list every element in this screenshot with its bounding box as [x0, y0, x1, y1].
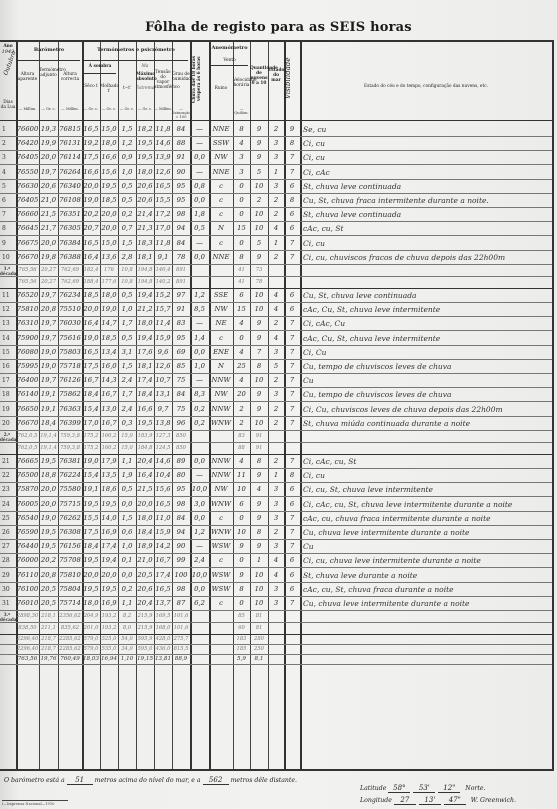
cell-chuva: 0,0 [190, 511, 209, 525]
cell-term: 21,0 [39, 193, 58, 207]
sum-hum: 850 [172, 442, 190, 454]
cell-alt-cor: 76308 [58, 525, 82, 539]
cell-max: 19,5 [136, 416, 154, 430]
sum-alt-cor: 762,69 [58, 264, 82, 276]
cell-molh: 16,9 [100, 525, 118, 539]
cell-mar: 3 [268, 511, 284, 525]
cell-molh: 18,5 [100, 331, 118, 345]
cell-max: 18,4 [136, 525, 154, 539]
unit-quilom: — Quilóm. [233, 107, 250, 115]
cell-molh: 16,0 [100, 359, 118, 373]
footer-text-3: metros dêle distante. [231, 777, 297, 784]
sum-vel: 41 [233, 264, 250, 276]
cell-vel: 2 [233, 402, 250, 416]
cell-alt-ap: 75870 [16, 482, 39, 496]
cell-hum: 84 [172, 511, 190, 525]
cell-hum: 80 [172, 468, 190, 482]
cell-rumo: c [209, 331, 233, 345]
cell-chuva: 0,5 [190, 221, 209, 235]
table-row: 127581020,87551020,019,01,021,215,7918,5… [0, 302, 552, 317]
cell-hum: 78 [172, 250, 190, 264]
cell-max: 21,4 [136, 207, 154, 221]
cell-alt-cor: 76388 [58, 250, 82, 264]
sum-alt-cor: 835,62 [58, 622, 82, 634]
cell-seco: 19,0 [82, 331, 100, 345]
cell-remark: Cu, St, chuva leve continuada [300, 288, 549, 302]
cell-alt-ap: 76440 [16, 539, 39, 553]
total-alt-ap: 2296,40 [16, 634, 39, 644]
cell-chuva: 0,0 [190, 250, 209, 264]
latitude-line: Latitude 58°53'12" Norte. [360, 784, 486, 793]
cell-alt-ap: 76500 [16, 468, 39, 482]
cell-vis: 8 [284, 193, 300, 207]
cell-vis: 7 [284, 596, 300, 610]
sum-tensao: 124,5 [154, 442, 172, 454]
cell-alt-cor: 75715 [58, 497, 82, 511]
cell-rumo: ENE [209, 345, 233, 359]
cell-molh: 13,0 [100, 402, 118, 416]
cell-vel: 6 [233, 497, 250, 511]
unit-gr-c: — Gr. c. [82, 107, 100, 111]
cell-chuva: — [190, 316, 209, 330]
cell-vis: 7 [284, 511, 300, 525]
barometer-distance: 562 [203, 776, 229, 785]
cell-hum: 95 [172, 179, 190, 193]
cell-molh: 18,5 [100, 193, 118, 207]
table-row: 47655019,77626416,615,61,018,012,690—NNE… [0, 165, 552, 180]
cell-remark: Cu [300, 373, 549, 387]
cell-tensao: 10,7 [154, 373, 172, 387]
cell-vis: 6 [284, 288, 300, 302]
cell-tensao: 16,5 [154, 497, 172, 511]
table-row: 277644019,57615618,417,41,018,914,290—WS… [0, 539, 552, 554]
sum-tensao: 140,2 [154, 276, 172, 288]
cell-hum: 98 [172, 582, 190, 596]
sum-alt-ap: 765,56 [16, 276, 39, 288]
cell-rumo: c [209, 193, 233, 207]
cell-alt-cor: 76399 [58, 416, 82, 430]
sum-max: 184,8 [136, 442, 154, 454]
cell-tensao: 13,1 [154, 387, 172, 401]
cell-max: 21,2 [136, 302, 154, 316]
total-alt-ap: 763,56 [16, 654, 39, 664]
cell-alt-cor: 76030 [58, 316, 82, 330]
cell-seco: 16,5 [82, 345, 100, 359]
cell-alt-cor: 75580 [58, 482, 82, 496]
cell-seco: 20,0 [82, 179, 100, 193]
cell-max: 18,2 [136, 122, 154, 136]
cell-vel: 15 [233, 302, 250, 316]
cell-remark: Ci, cu [300, 468, 549, 482]
longitude-seconds: 47" [444, 796, 466, 805]
cell-vel: 0 [233, 511, 250, 525]
cell-term: 19,1 [39, 387, 58, 401]
unit-gr-c: — Gr. c. [39, 107, 58, 111]
sum-diff: 8,0 [118, 622, 136, 634]
sum-hum: 101,6 [172, 622, 190, 634]
cell-term: 19,7 [39, 316, 58, 330]
sum-alt-cor: 759,3,8 [58, 430, 82, 442]
cell-alt-cor: 75803 [58, 345, 82, 359]
cell-tensao: 14,6 [154, 136, 172, 150]
cell-molh: 18,0 [100, 136, 118, 150]
cell-term: 19,7 [39, 288, 58, 302]
sum-vel: 85 [233, 610, 250, 622]
cell-rumo: SSW [209, 136, 233, 150]
cell-term: 18,8 [39, 468, 58, 482]
cell-remark: Ci, cAc, cu, St [300, 454, 549, 468]
total-max: 19,15 [136, 654, 154, 664]
cell-nuv: 9 [250, 511, 268, 525]
cell-remark: cAc, Cu, St, chuva leve intermitente [300, 331, 549, 345]
footer-text-1: O barómetro está a [4, 777, 65, 784]
cell-max: 18,0 [136, 316, 154, 330]
cell-remark: cAc, cu, St, chuva fraca durante a noite [300, 582, 549, 596]
sum-diff: 15,0 [118, 442, 136, 454]
total-seco: 579,0 [82, 634, 100, 644]
cell-max: 20,6 [136, 193, 154, 207]
total-term: 19,76 [39, 654, 58, 664]
cell-hum: 94 [172, 221, 190, 235]
cell-chuva: 10,0 [190, 568, 209, 582]
cell-term: 19,1 [39, 402, 58, 416]
longitude-line: Longitude 2713'47" W. Greenwich. [360, 796, 516, 805]
cell-remark: Ci, Cu, chuviscos leves de chuva depois … [300, 402, 549, 416]
sum-molh: 160,2 [100, 430, 118, 442]
table-row: 177640019,77612616,714,32,417,410,775—NN… [0, 373, 552, 388]
cell-vel: 3 [233, 165, 250, 179]
sum-seco: 175,2 [82, 442, 100, 454]
total-tensao: 13,81 [154, 654, 172, 664]
cell-molh: 13,5 [100, 468, 118, 482]
cell-alt-ap: 75900 [16, 331, 39, 345]
cell-remark: Cu, tempo de chuviscos leves de chuva [300, 359, 549, 373]
total-alt-cor: 2285,62 [58, 644, 82, 654]
cell-nuv: 10 [250, 373, 268, 387]
decade-label: 1.ª década [0, 266, 14, 276]
cell-alt-cor: 76234 [58, 288, 82, 302]
total-vel: 183 [233, 634, 250, 644]
cell-alt-ap: 76665 [16, 454, 39, 468]
seco-header: Sêco t [82, 84, 100, 89]
cell-seco: 16,4 [82, 250, 100, 264]
cell-remark: Ci, cAc [300, 165, 549, 179]
cell-diff: 2,4 [118, 402, 136, 416]
cell-vel: 0 [233, 207, 250, 221]
cell-tensao: 12,6 [154, 359, 172, 373]
cell-tensao: 16,7 [154, 553, 172, 567]
cell-hum: 89 [172, 454, 190, 468]
cell-rumo: WNW [209, 416, 233, 430]
cell-chuva: 8,3 [190, 387, 209, 401]
cell-seco: 15,4 [82, 402, 100, 416]
cell-nuv: 9 [250, 387, 268, 401]
cell-mar: 4 [268, 553, 284, 567]
cell-vel: 0 [233, 553, 250, 567]
cell-alt-cor: 76264 [58, 165, 82, 179]
total-nuv: 250 [250, 644, 268, 654]
cell-seco: 17,0 [82, 416, 100, 430]
sum-seco: 188,4 [82, 276, 100, 288]
cell-molh: 13,4 [100, 345, 118, 359]
cell-seco: 18,0 [82, 596, 100, 610]
cell-molh: 13,6 [100, 250, 118, 264]
cell-vel: 4 [233, 454, 250, 468]
cell-tensao: 17,2 [154, 207, 172, 221]
cell-molh: 17,4 [100, 539, 118, 553]
cell-max: 19,5 [136, 136, 154, 150]
cell-nuv: 9 [250, 250, 268, 264]
cell-diff: 1,7 [118, 316, 136, 330]
sum-seco: 182,4 [82, 264, 100, 276]
maximo-pencil-note-2: Estrema [136, 86, 154, 91]
altura-aparente-header: Altura aparente [16, 72, 39, 82]
sum-alt-ap: 2898,30 [16, 610, 39, 622]
cell-molh: 16,7 [100, 387, 118, 401]
cell-max: 21,3 [136, 221, 154, 235]
longitude-label: Longitude [360, 797, 392, 804]
cell-molh: 20,0 [100, 207, 118, 221]
table-row: 297611020,87581020,020,00,020,517,410010… [0, 568, 552, 583]
cell-nuv: 7 [250, 345, 268, 359]
molhado-header: Molhado t' [100, 84, 118, 94]
cell-max: 21,0 [136, 553, 154, 567]
decade-label: 2.ª década [0, 432, 14, 442]
cell-max: 20,6 [136, 179, 154, 193]
sum-alt-cor: 2356,62 [58, 610, 82, 622]
cell-rumo: N [209, 221, 233, 235]
tensao-vapor-header: Tensão do vapor atmosférico [154, 70, 172, 90]
cell-seco: 19,1 [82, 482, 100, 496]
unit-gr-c: — Gr. c. [118, 107, 136, 111]
cell-tensao: 15,7 [154, 302, 172, 316]
cell-nuv: 5 [250, 165, 268, 179]
cell-remark: Ci, cu [300, 136, 549, 150]
cell-alt-cor: 76224 [58, 468, 82, 482]
sum-hum: 101,6 [172, 610, 190, 622]
cell-tensao: 15,2 [154, 288, 172, 302]
cell-diff: 0,3 [118, 416, 136, 430]
latitude-label: Latitude [360, 785, 386, 792]
cell-mar: 2 [268, 316, 284, 330]
cell-chuva: 0,0 [190, 345, 209, 359]
total-hum: 275,7 [172, 634, 190, 644]
cell-term: 19,5 [39, 454, 58, 468]
cell-term: 20,8 [39, 568, 58, 582]
cell-rumo: c [209, 179, 233, 193]
cell-alt-ap: 76520 [16, 288, 39, 302]
cell-term: 19,8 [39, 250, 58, 264]
barometer-group-header: Barómetro [16, 48, 82, 53]
cell-chuva: — [190, 236, 209, 250]
cell-vel: 8 [233, 122, 250, 136]
printer-imprint: I—Imprensa Nacional—1910 [2, 800, 68, 806]
cell-max: 19,4 [136, 288, 154, 302]
unit-millim: — Millim. [154, 107, 172, 111]
cell-hum: 75 [172, 373, 190, 387]
cell-mar: 5 [268, 359, 284, 373]
total-nuv: 280 [250, 634, 268, 644]
cell-remark: Ci, cu, chuva leve intermitente durante … [300, 553, 549, 567]
cell-molh: 14,3 [100, 373, 118, 387]
cell-nuv: 9 [250, 468, 268, 482]
sum-max: 194,8 [136, 264, 154, 276]
longitude-degrees: 27 [394, 796, 416, 805]
velocidade-header: Velocidade horária [233, 78, 250, 88]
sum-nuv: 81 [250, 622, 268, 634]
total-vel: 185 [233, 644, 250, 654]
group-divider [211, 65, 248, 66]
cell-mar: 1 [268, 165, 284, 179]
cell-alt-cor: 75714 [58, 596, 82, 610]
cell-chuva: 1,4 [190, 331, 209, 345]
cell-tensao: 17,0 [154, 221, 172, 235]
cell-vis: 7 [284, 373, 300, 387]
cell-chuva: 3,0 [190, 497, 209, 511]
cell-mar: 2 [268, 122, 284, 136]
cell-alt-ap: 76310 [16, 316, 39, 330]
cell-molh: 16,7 [100, 416, 118, 430]
cell-seco: 15,5 [82, 511, 100, 525]
cell-chuva: — [190, 136, 209, 150]
cell-alt-ap: 75995 [16, 359, 39, 373]
cell-vis: 7 [284, 387, 300, 401]
cell-remark: cAc, cu, chuva fraca intermitente durant… [300, 511, 549, 525]
table-row: 257654019,07626215,514,01,518,011,0840,0… [0, 511, 552, 526]
cell-mar: 3 [268, 387, 284, 401]
grau-humidade-header: Grau de humidade [172, 72, 190, 82]
cell-seco: 16,6 [82, 165, 100, 179]
cell-molh: 15,6 [100, 165, 118, 179]
cell-chuva: 1,2 [190, 288, 209, 302]
sum-tensao: 127,3 [154, 430, 172, 442]
cell-chuva: 2,4 [190, 553, 209, 567]
cell-vel: 25 [233, 359, 250, 373]
cell-tensao: 9,1 [154, 250, 172, 264]
cell-vel: 10 [233, 482, 250, 496]
cell-vis: 8 [284, 136, 300, 150]
cell-vel: 6 [233, 288, 250, 302]
cell-vel: 8 [233, 250, 250, 264]
barometer-altitude: 51 [67, 776, 93, 785]
cell-chuva: — [190, 165, 209, 179]
cell-diff: 0,6 [118, 525, 136, 539]
cell-remark: Ci, cu, chuviscos fracos de chuva depois… [300, 250, 549, 264]
cell-tensao: 16,5 [154, 179, 172, 193]
cell-diff: 1,1 [118, 454, 136, 468]
cell-rumo: NW [209, 150, 233, 164]
cell-vis: 7 [284, 236, 300, 250]
cell-alt-cor: 76384 [58, 236, 82, 250]
sum-hum: 850 [172, 430, 190, 442]
unit-humidity: — Saturação = 100 [172, 107, 190, 119]
cell-chuva: 1,8 [190, 207, 209, 221]
cell-nuv: 2 [250, 193, 268, 207]
cell-mar: 1 [268, 468, 284, 482]
cell-max: 18,1 [136, 250, 154, 264]
cell-chuva: 0,0 [190, 582, 209, 596]
cell-alt-cor: 76262 [58, 511, 82, 525]
sum-term: 218,1 [39, 610, 58, 622]
cell-alt-ap: 75810 [16, 302, 39, 316]
unit-millim: — Millim. [58, 107, 82, 111]
total-tensao: 436,0 [154, 644, 172, 654]
cell-chuva: 8,5 [190, 302, 209, 316]
sum-vel: 60 [233, 622, 250, 634]
cell-remark: Ci, cAc, Cu [300, 316, 549, 330]
cell-hum: 91 [172, 150, 190, 164]
cell-tensao: 9,6 [154, 345, 172, 359]
unit-gr-c: — Gr. c. [100, 107, 118, 111]
cell-max: 21,5 [136, 482, 154, 496]
table-row: 27642019,97613119,218,01,219,514,688—SSW… [0, 136, 552, 151]
sum-alt-ap: 765,56 [16, 264, 39, 276]
cell-diff: 0,9 [118, 150, 136, 164]
cell-remark: Ci, Cu [300, 345, 549, 359]
cell-mar: 3 [268, 539, 284, 553]
cell-remark: Ci, cu [300, 150, 549, 164]
table-row: 67640521,07610819,018,50,520,615,5950,0c… [0, 193, 552, 208]
visibilidade-header: Visibilidade [286, 52, 300, 104]
total-max: 595,9 [136, 634, 154, 644]
cell-vel: 15 [233, 221, 250, 235]
cell-nuv: 9 [250, 539, 268, 553]
cell-max: 20,4 [136, 454, 154, 468]
cell-tensao: 15,5 [154, 193, 172, 207]
cell-vis: 6 [284, 207, 300, 221]
cell-diff: 1,5 [118, 511, 136, 525]
cell-hum: 91 [172, 302, 190, 316]
cell-tensao: 15,6 [154, 482, 172, 496]
cell-molh: 14,0 [100, 511, 118, 525]
cell-diff: 1,9 [118, 468, 136, 482]
cell-term: 19,0 [39, 359, 58, 373]
cell-nuv: 8 [250, 359, 268, 373]
cell-hum: 87 [172, 596, 190, 610]
cell-mar: 2 [268, 402, 284, 416]
cell-mar: 3 [268, 136, 284, 150]
cell-molh: 20,0 [100, 221, 118, 235]
cell-mar: 2 [268, 373, 284, 387]
cell-molh: 19,5 [100, 582, 118, 596]
cell-seco: 16,7 [82, 373, 100, 387]
cell-tensao: 15,9 [154, 331, 172, 345]
cell-alt-ap: 76660 [16, 207, 39, 221]
cell-seco: 18,5 [82, 288, 100, 302]
cell-molh: 19,0 [100, 302, 118, 316]
cell-chuva: 0,0 [190, 454, 209, 468]
cell-tensao: 13,8 [154, 416, 172, 430]
cell-mar: 3 [268, 582, 284, 596]
cell-term: 19,7 [39, 165, 58, 179]
cell-seco: 17,5 [82, 359, 100, 373]
cell-vis: 6 [284, 482, 300, 496]
cell-hum: 97 [172, 288, 190, 302]
cell-nuv: 10 [250, 568, 268, 582]
cell-molh: 19,5 [100, 179, 118, 193]
vento-header: Vento [209, 58, 250, 63]
cell-alt-cor: 75616 [58, 331, 82, 345]
cell-remark: Cu, St, chuva fraca intermitente durante… [300, 193, 549, 207]
cell-vel: 4 [233, 316, 250, 330]
cell-rumo: WNW [209, 525, 233, 539]
cell-vel: 0 [233, 193, 250, 207]
total-alt-ap: 2296,40 [16, 644, 39, 654]
cell-rumo: c [209, 236, 233, 250]
cell-seco: 20,7 [82, 221, 100, 235]
cell-seco: 16,5 [82, 122, 100, 136]
cell-diff: 0,5 [118, 193, 136, 207]
